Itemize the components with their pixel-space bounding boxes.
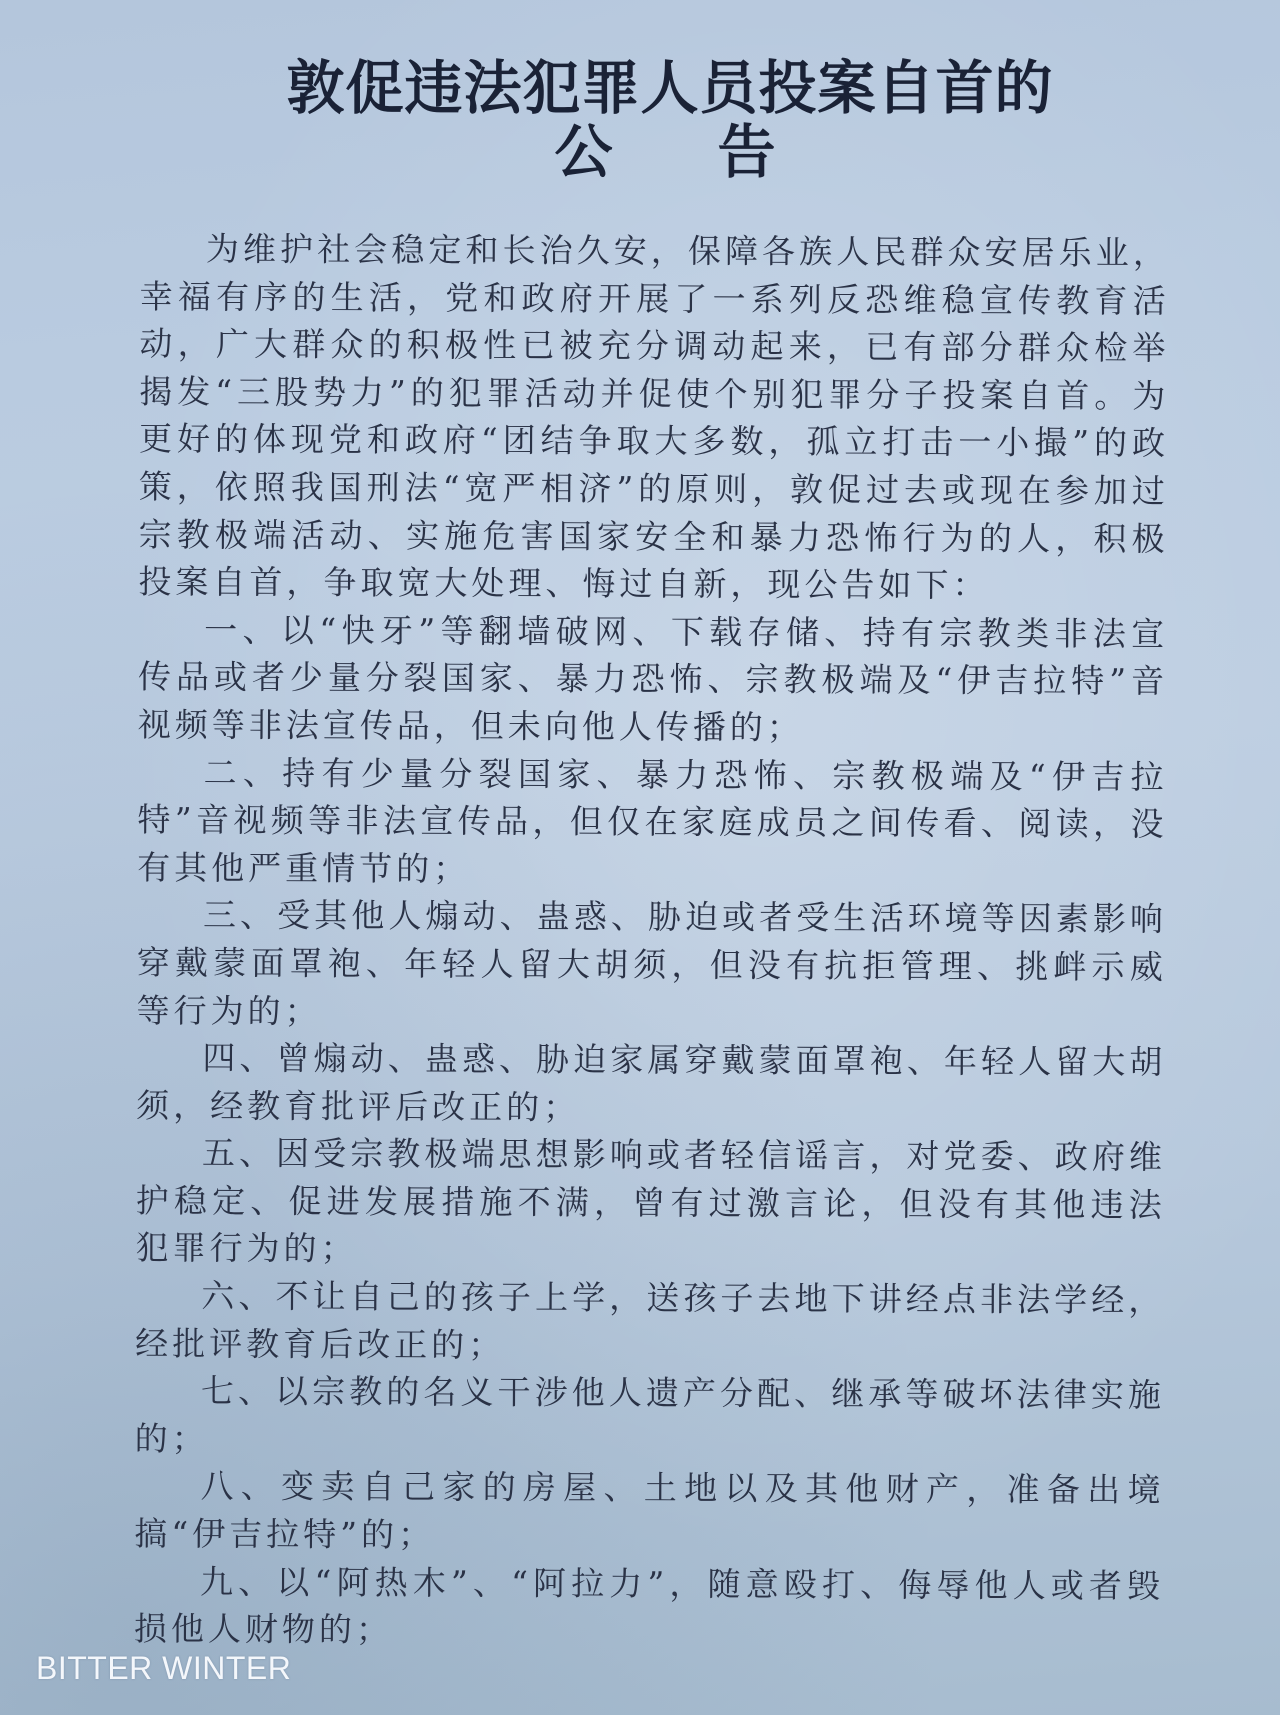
document-title: 敦促违法犯罪人员投案自首的 公告 [0,56,1280,184]
document-body: 为维护社会稳定和长治久安，保障各族人民群众安居乐业，幸福有序的生活，党和政府开展… [134,225,1170,1657]
title-line-1: 敦促违法犯罪人员投案自首的 [60,56,1280,120]
list-item: 九、以“阿热木”、“阿拉力”，随意殴打、侮辱他人或者毁损他人财物的； [134,1558,1164,1658]
list-item: 三、受其他人煽动、蛊惑、胁迫或者受生活环境等因素影响穿戴蒙面罩袍、年轻人留大胡须… [136,891,1167,1038]
list-item: 七、以宗教的名义干涉他人遗产分配、继承等破坏法律实施的； [135,1367,1165,1467]
list-item: 八、变卖自己家的房屋、土地以及其他财产，准备出境搞“伊吉拉特”的； [134,1462,1164,1562]
watermark: BITTER WINTER [36,1650,291,1687]
list-item: 六、不让自己的孩子上学，送孩子去地下讲经点非法学经，经批评教育后改正的； [135,1272,1165,1372]
intro-paragraph: 为维护社会稳定和长治久安，保障各族人民群众安居乐业，幸福有序的生活，党和政府开展… [138,225,1170,610]
list-item: 二、持有少量分裂国家、暴力恐怖、宗教极端及“伊吉拉特”音视频等非法宣传品，但仅在… [137,749,1168,896]
list-item: 五、因受宗教极端思想影响或者轻信谣言，对党委、政府维护稳定、促进发展措施不满，曾… [135,1129,1166,1276]
list-item: 四、曾煽动、蛊惑、胁迫家属穿戴蒙面罩袍、年轻人留大胡须，经教育批评后改正的； [136,1034,1166,1134]
title-line-2: 公告 [60,120,1280,184]
list-item: 一、以“快牙”等翻墙破网、下载存储、持有宗教类非法宣传品或者少量分裂国家、暴力恐… [138,606,1169,753]
